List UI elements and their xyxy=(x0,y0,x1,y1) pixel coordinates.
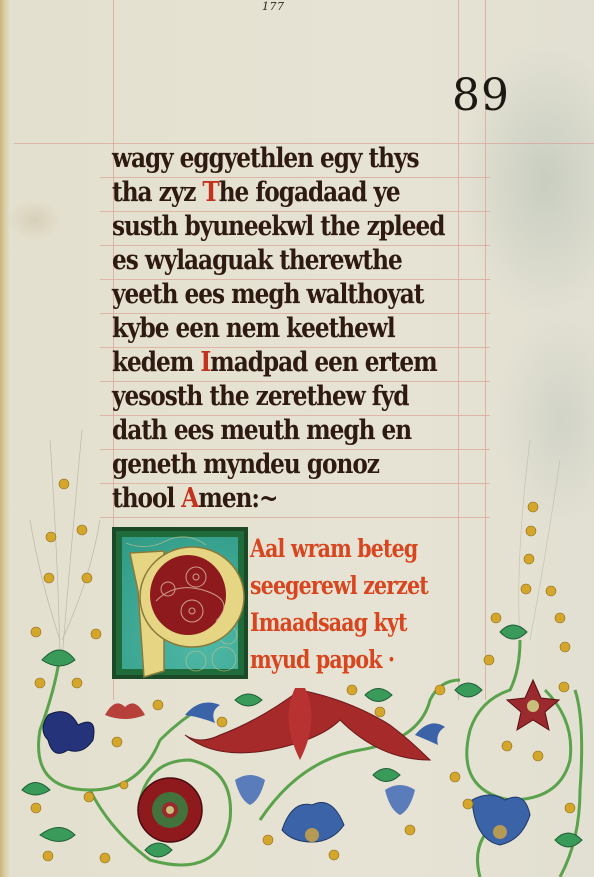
pen-spray-right xyxy=(519,440,560,640)
pen-spray-left xyxy=(30,430,100,660)
manuscript-page: 177 89 wagy eggyethlen egy thys tha zyz … xyxy=(0,0,594,877)
floral-border-decoration xyxy=(0,0,594,877)
red-acanthus-center xyxy=(289,688,312,760)
